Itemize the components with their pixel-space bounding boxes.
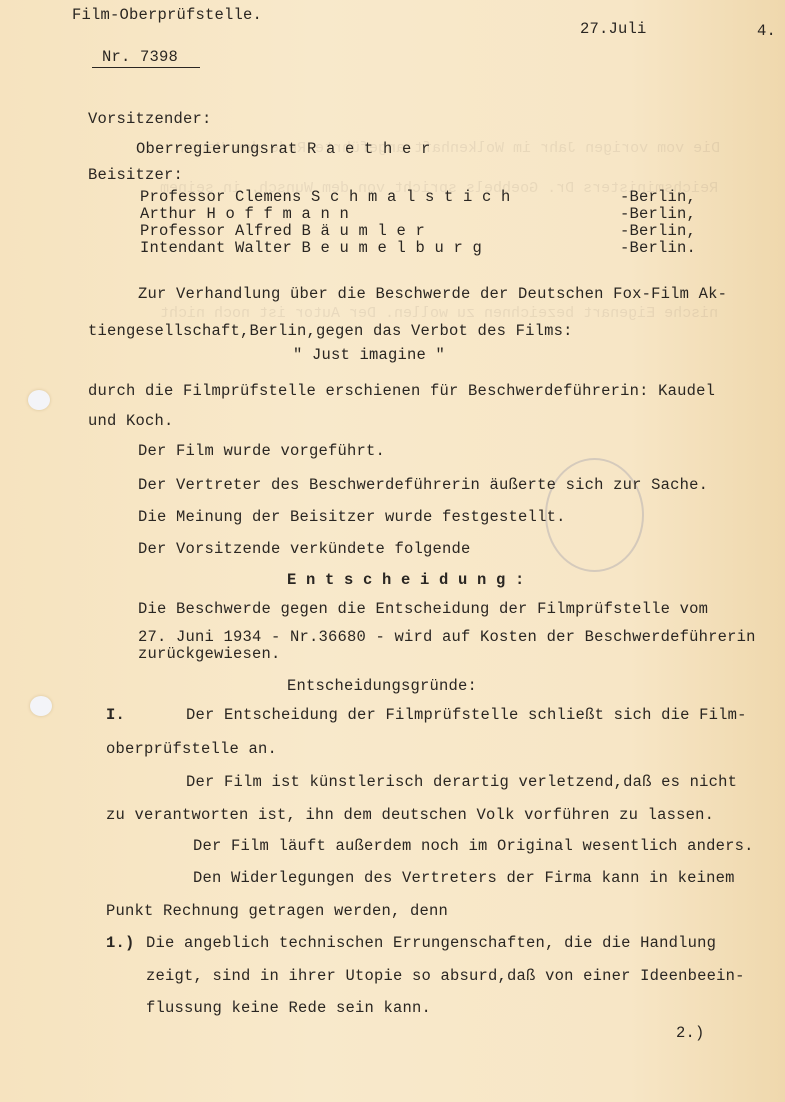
punch-hole <box>28 390 50 410</box>
assessor-name: Professor Clemens S c h m a l s t i c h <box>140 188 511 206</box>
proceedings-text: Der Film wurde vorgeführt. <box>138 442 385 460</box>
film-title: " Just imagine " <box>293 346 445 364</box>
page-number: 4. <box>757 22 776 40</box>
chair-name: Oberregierungsrat R a e t h e r <box>136 140 431 158</box>
reasons-heading: Entscheidungsgründe: <box>287 677 477 695</box>
assessors-label: Beisitzer: <box>88 166 183 184</box>
assessor-city: -Berlin, <box>620 188 696 206</box>
document-page: Die vom vorigen Jahr im Wolkenhaft angef… <box>0 0 785 1102</box>
reason-number: I. <box>106 706 125 724</box>
proceedings-text: Der Vorsitzende verkündete folgende <box>138 540 471 558</box>
point-text: flussung keine Rede sein kann. <box>146 999 431 1017</box>
decision-text: zurückgewiesen. <box>138 645 281 663</box>
point-number: 1.) <box>106 934 135 952</box>
intro-text: Zur Verhandlung über die Beschwerde der … <box>138 285 727 303</box>
reason-text: Punkt Rechnung getragen werden, denn <box>106 902 448 920</box>
chair-label: Vorsitzender: <box>88 110 212 128</box>
bleed-through-text: nische Eigenart bezeichnen zu wollen. De… <box>160 305 718 322</box>
intro-text: und Koch. <box>88 412 174 430</box>
assessor-city: -Berlin, <box>620 205 696 223</box>
reason-text: zu verantworten ist, ihn dem deutschen V… <box>106 806 714 824</box>
decision-text: Die Beschwerde gegen die Entscheidung de… <box>138 600 708 618</box>
reason-text: Der Film ist künstlerisch derartig verle… <box>186 773 737 791</box>
point-text: zeigt, sind in ihrer Utopie so absurd,da… <box>146 967 745 985</box>
reason-text: oberprüfstelle an. <box>106 740 277 758</box>
assessor-name: Arthur H o f f m a n n <box>140 205 349 223</box>
assessor-name: Professor Alfred B ä u m l e r <box>140 222 425 240</box>
point-text: Die angeblich technischen Errungenschaft… <box>146 934 716 952</box>
office-name: Film-Oberprüfstelle. <box>72 6 262 24</box>
assessor-city: -Berlin, <box>620 222 696 240</box>
document-date: 27.Juli <box>580 20 647 38</box>
assessor-city: -Berlin. <box>620 239 696 257</box>
decision-text: 27. Juni 1934 - Nr.36680 - wird auf Kost… <box>138 628 756 646</box>
intro-text: durch die Filmprüfstelle erschienen für … <box>88 382 715 400</box>
intro-text: tiengesellschaft,Berlin,gegen das Verbot… <box>88 322 573 340</box>
reason-text: Der Entscheidung der Filmprüfstelle schl… <box>186 706 747 724</box>
proceedings-text: Die Meinung der Beisitzer wurde festgest… <box>138 508 566 526</box>
punch-hole <box>30 696 52 716</box>
continuation-marker: 2.) <box>676 1024 705 1042</box>
proceedings-text: Der Vertreter des Beschwerdeführerin äuß… <box>138 476 708 494</box>
reason-text: Der Film läuft außerdem noch im Original… <box>193 837 754 855</box>
decision-heading: E n t s c h e i d u n g : <box>287 571 525 589</box>
reference-number: Nr. 7398 <box>92 48 200 68</box>
assessor-name: Intendant Walter B e u m e l b u r g <box>140 239 482 257</box>
reason-text: Den Widerlegungen des Vertreters der Fir… <box>193 869 735 887</box>
